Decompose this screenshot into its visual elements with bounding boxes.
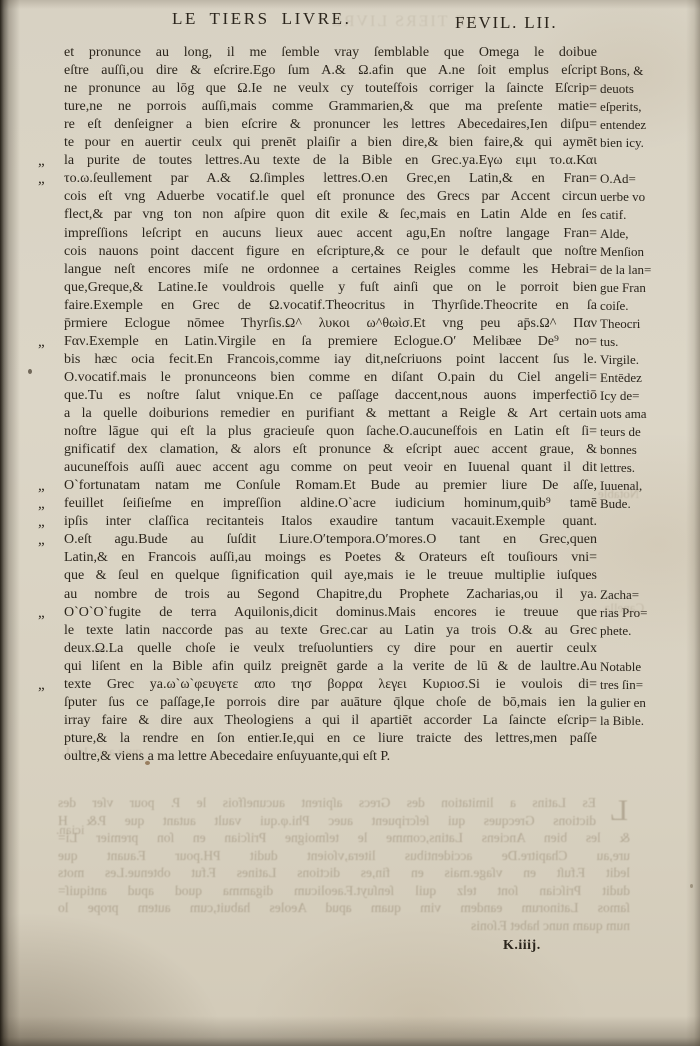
- body-line: O`O`O`fugite de terra Aquilonis,dicit do…: [64, 604, 597, 622]
- body-line: cois eſt vng Aduerbe vocatif.le quel eſt…: [64, 188, 597, 206]
- margin-note-line: bien icy.: [600, 134, 672, 152]
- body-line: langue neſt encores miſe ne ordonnee a c…: [64, 261, 597, 279]
- margin-note-line: deuots: [600, 80, 672, 98]
- margin-note: O.Ad=uerbe vocatif.: [600, 170, 672, 224]
- margin-note-line: Entēdez: [600, 369, 672, 387]
- showthrough-line: & les bien Anciens Latins,comme le teſmo…: [58, 829, 630, 847]
- showthrough-line: ure,au Chapitre.De accidentibus litera,v…: [58, 847, 630, 865]
- showthrough-fragment: ques auec les L: [62, 744, 142, 760]
- body-line: bis hæc ocia fecit.En Francois,comme iay…: [64, 351, 597, 369]
- margin-note-line: lettres.: [600, 459, 672, 477]
- margin-note-line: phete.: [600, 622, 672, 640]
- body-line: pture,& la rendre en ſon entier.Ie,qui e…: [64, 730, 597, 748]
- body-line: deux.Ω.La quelle choſe ie veulx treſuolu…: [64, 640, 597, 658]
- body-line: impreſſions leſcript en aucuns lieux aue…: [64, 225, 597, 243]
- quotation-mark: „: [38, 531, 58, 549]
- margin-note-line: entendez: [600, 116, 672, 134]
- showthrough-fragment: Capella ,: [598, 600, 644, 616]
- showthrough-line: ledit F.fuſt en vſage.mais en fin,es dic…: [58, 864, 630, 882]
- body-line: le texte latin naccorde pas au texte Gre…: [64, 622, 597, 640]
- body-line: ne pronunce au lōg que Ω.Ie ne veulx cy …: [64, 80, 597, 98]
- body-line: que.Tu es noſtre ſalut vnique.En ce paſſ…: [64, 387, 597, 405]
- margin-note-line: O.Ad=: [600, 170, 672, 188]
- ink-speck: [145, 761, 150, 765]
- quotation-mark: „: [38, 604, 58, 622]
- body-line: te pour en auertir ceulx qui prenēt plai…: [64, 134, 597, 152]
- showthrough-line: num quam nunc habet F.ſonis: [58, 917, 630, 935]
- margin-note: Alde,Menſionde la lan=gue Francoiſe.: [600, 225, 672, 315]
- margin-note-line: la Bible.: [600, 712, 672, 730]
- body-line: το.ω.ſeullement par A.& Ω.ſimples lettre…: [64, 170, 597, 188]
- body-line: O`fortunatam natam me Conſule Romam.Et B…: [64, 477, 597, 495]
- body-line: au nombre de trois au Segond Chapitre,du…: [64, 586, 597, 604]
- showthrough-line: Es Latins a limitation des Grecs aſpiren…: [58, 794, 630, 812]
- quotation-mark: „: [38, 477, 58, 495]
- body-line: Latin,& en Francois auſſi,au moings es P…: [64, 549, 597, 567]
- body-line: eſtre auſſi,ou dire & eſcrire.Ego ſum A.…: [64, 62, 597, 80]
- showthrough-line: ſamos Latinorum eandem vim quam apud Aeo…: [58, 899, 630, 917]
- margin-note: Notabletres ſin=gulier enla Bible.: [600, 658, 672, 730]
- showthrough-line: dictions Grecques qui ſeſcripuent auec P…: [58, 812, 630, 830]
- ink-speck: [690, 884, 693, 888]
- margin-note: EntēdezIcy de=uots amateurs debonneslett…: [600, 369, 672, 477]
- body-line: la purite de toutes lettres.Au texte de …: [64, 152, 597, 170]
- body-line: irray faire & dire aux Theologiens a qui…: [64, 712, 597, 730]
- body-line: et pronunce au long, il me ſemble vray ſ…: [64, 44, 597, 62]
- folio-number: FEVIL. LII.: [455, 13, 557, 33]
- margin-note-line: de la lan=: [600, 261, 672, 279]
- body-line: gnificatif dex clamation, & alors eſt pr…: [64, 441, 597, 459]
- body-line: faire.Exemple en Grec de Ω.vocatif.Theoc…: [64, 297, 597, 315]
- margin-note-line: coiſe.: [600, 297, 672, 315]
- signature-mark: K.iiij.: [503, 938, 541, 954]
- body-line: flect,& par vng ton non aſpire quon dit …: [64, 206, 597, 224]
- margin-note-line: Icy de=: [600, 387, 672, 405]
- margin-note-line: uerbe vo: [600, 188, 672, 206]
- quotation-mark: „: [38, 333, 58, 351]
- body-line: aucuneſfois auſſi auec accent agu comme …: [64, 459, 597, 477]
- margin-note-line: Alde,: [600, 225, 672, 243]
- running-title: LE TIERS LIVRE.: [172, 9, 351, 29]
- book-page: LE TIERS LIVRE LE TIERS LIVRE. FEVIL. LI…: [0, 0, 700, 1046]
- body-line: cois nauons point daccent figure en eſcr…: [64, 243, 597, 261]
- margin-note-line: uots ama: [600, 405, 672, 423]
- quotation-mark: „: [38, 152, 58, 170]
- margin-note-line: Bons, &: [600, 62, 672, 80]
- body-line: que,Greque,& Latine.Ie vouldrois quelle …: [64, 279, 597, 297]
- margin-note: Theocritus.: [600, 315, 672, 351]
- showthrough-line: dudit Priſcian ſont telz quil ſenſuyt.F.…: [58, 882, 630, 900]
- showthrough-text-block: LEs Latins a limitation des Grecs aſpire…: [58, 794, 630, 934]
- body-line: O.vocatif.mais le pronunceons bien comme…: [64, 369, 597, 387]
- quotation-mark: „: [38, 676, 58, 694]
- body-line: ipſis inter claſſica recitanteis Italos …: [64, 513, 597, 531]
- quotation-mark: „: [38, 170, 58, 188]
- margin-note: Virgile.: [600, 351, 672, 369]
- margin-note-line: Virgile.: [600, 351, 672, 369]
- margin-note-line: tus.: [600, 333, 672, 351]
- ink-speck: [28, 369, 32, 374]
- margin-note-line: Notable: [600, 658, 672, 676]
- margin-note-line: Menſion: [600, 243, 672, 261]
- quotation-mark: „: [38, 513, 58, 531]
- body-line: p̄rmiere Eclogue nōmee Thyrſis.Ω^ λυκοι …: [64, 315, 597, 333]
- margin-note-line: bonnes: [600, 441, 672, 459]
- body-line: feuillet ſeiſieſme en impreſſion aldine.…: [64, 495, 597, 513]
- body-line: ſputer ſus ce paſſage,Ie porrois dire pa…: [64, 694, 597, 712]
- margin-note-line: gulier en: [600, 694, 672, 712]
- body-line: oultre,& viens a ma lettre Abecedaire en…: [64, 748, 597, 766]
- body-line: que & ſeul en quelque ſignification quil…: [64, 567, 597, 585]
- margin-note-line: tres ſin=: [600, 676, 672, 694]
- body-line: a la quelle doiburions remedier en purif…: [64, 405, 597, 423]
- margin-note-line: Theocri: [600, 315, 672, 333]
- body-line: texte Grec ya.ω`ω`φευγετε απο τησ βορρα …: [64, 676, 597, 694]
- margin-note-line: catif.: [600, 206, 672, 224]
- body-line: qui liſent en la Bible afin quilz preign…: [64, 658, 597, 676]
- showthrough-fragment: ician.: [56, 822, 85, 838]
- body-line: O.eſt agu.Bude au ſuſdit Liure.O′tempora…: [64, 531, 597, 549]
- showthrough-fragment: Notable: [598, 486, 639, 502]
- quotation-mark: „: [38, 495, 58, 513]
- body-line: ture,ne ne porrois auſſi,mais comme Gram…: [64, 98, 597, 116]
- body-line: Fαν.Exemple en Latin.Virgile en ſa premi…: [64, 333, 597, 351]
- margin-note-line: gue Fran: [600, 279, 672, 297]
- body-line: noſtre lāgue qui eſt la plus gracieuſe q…: [64, 423, 597, 441]
- body-line: re eſt denſeigner a bien eſcrire & pronu…: [64, 116, 597, 134]
- margin-note: Bons, &deuotseſperits,entendezbien icy.: [600, 62, 672, 152]
- margin-note-line: eſperits,: [600, 98, 672, 116]
- margin-note-line: teurs de: [600, 423, 672, 441]
